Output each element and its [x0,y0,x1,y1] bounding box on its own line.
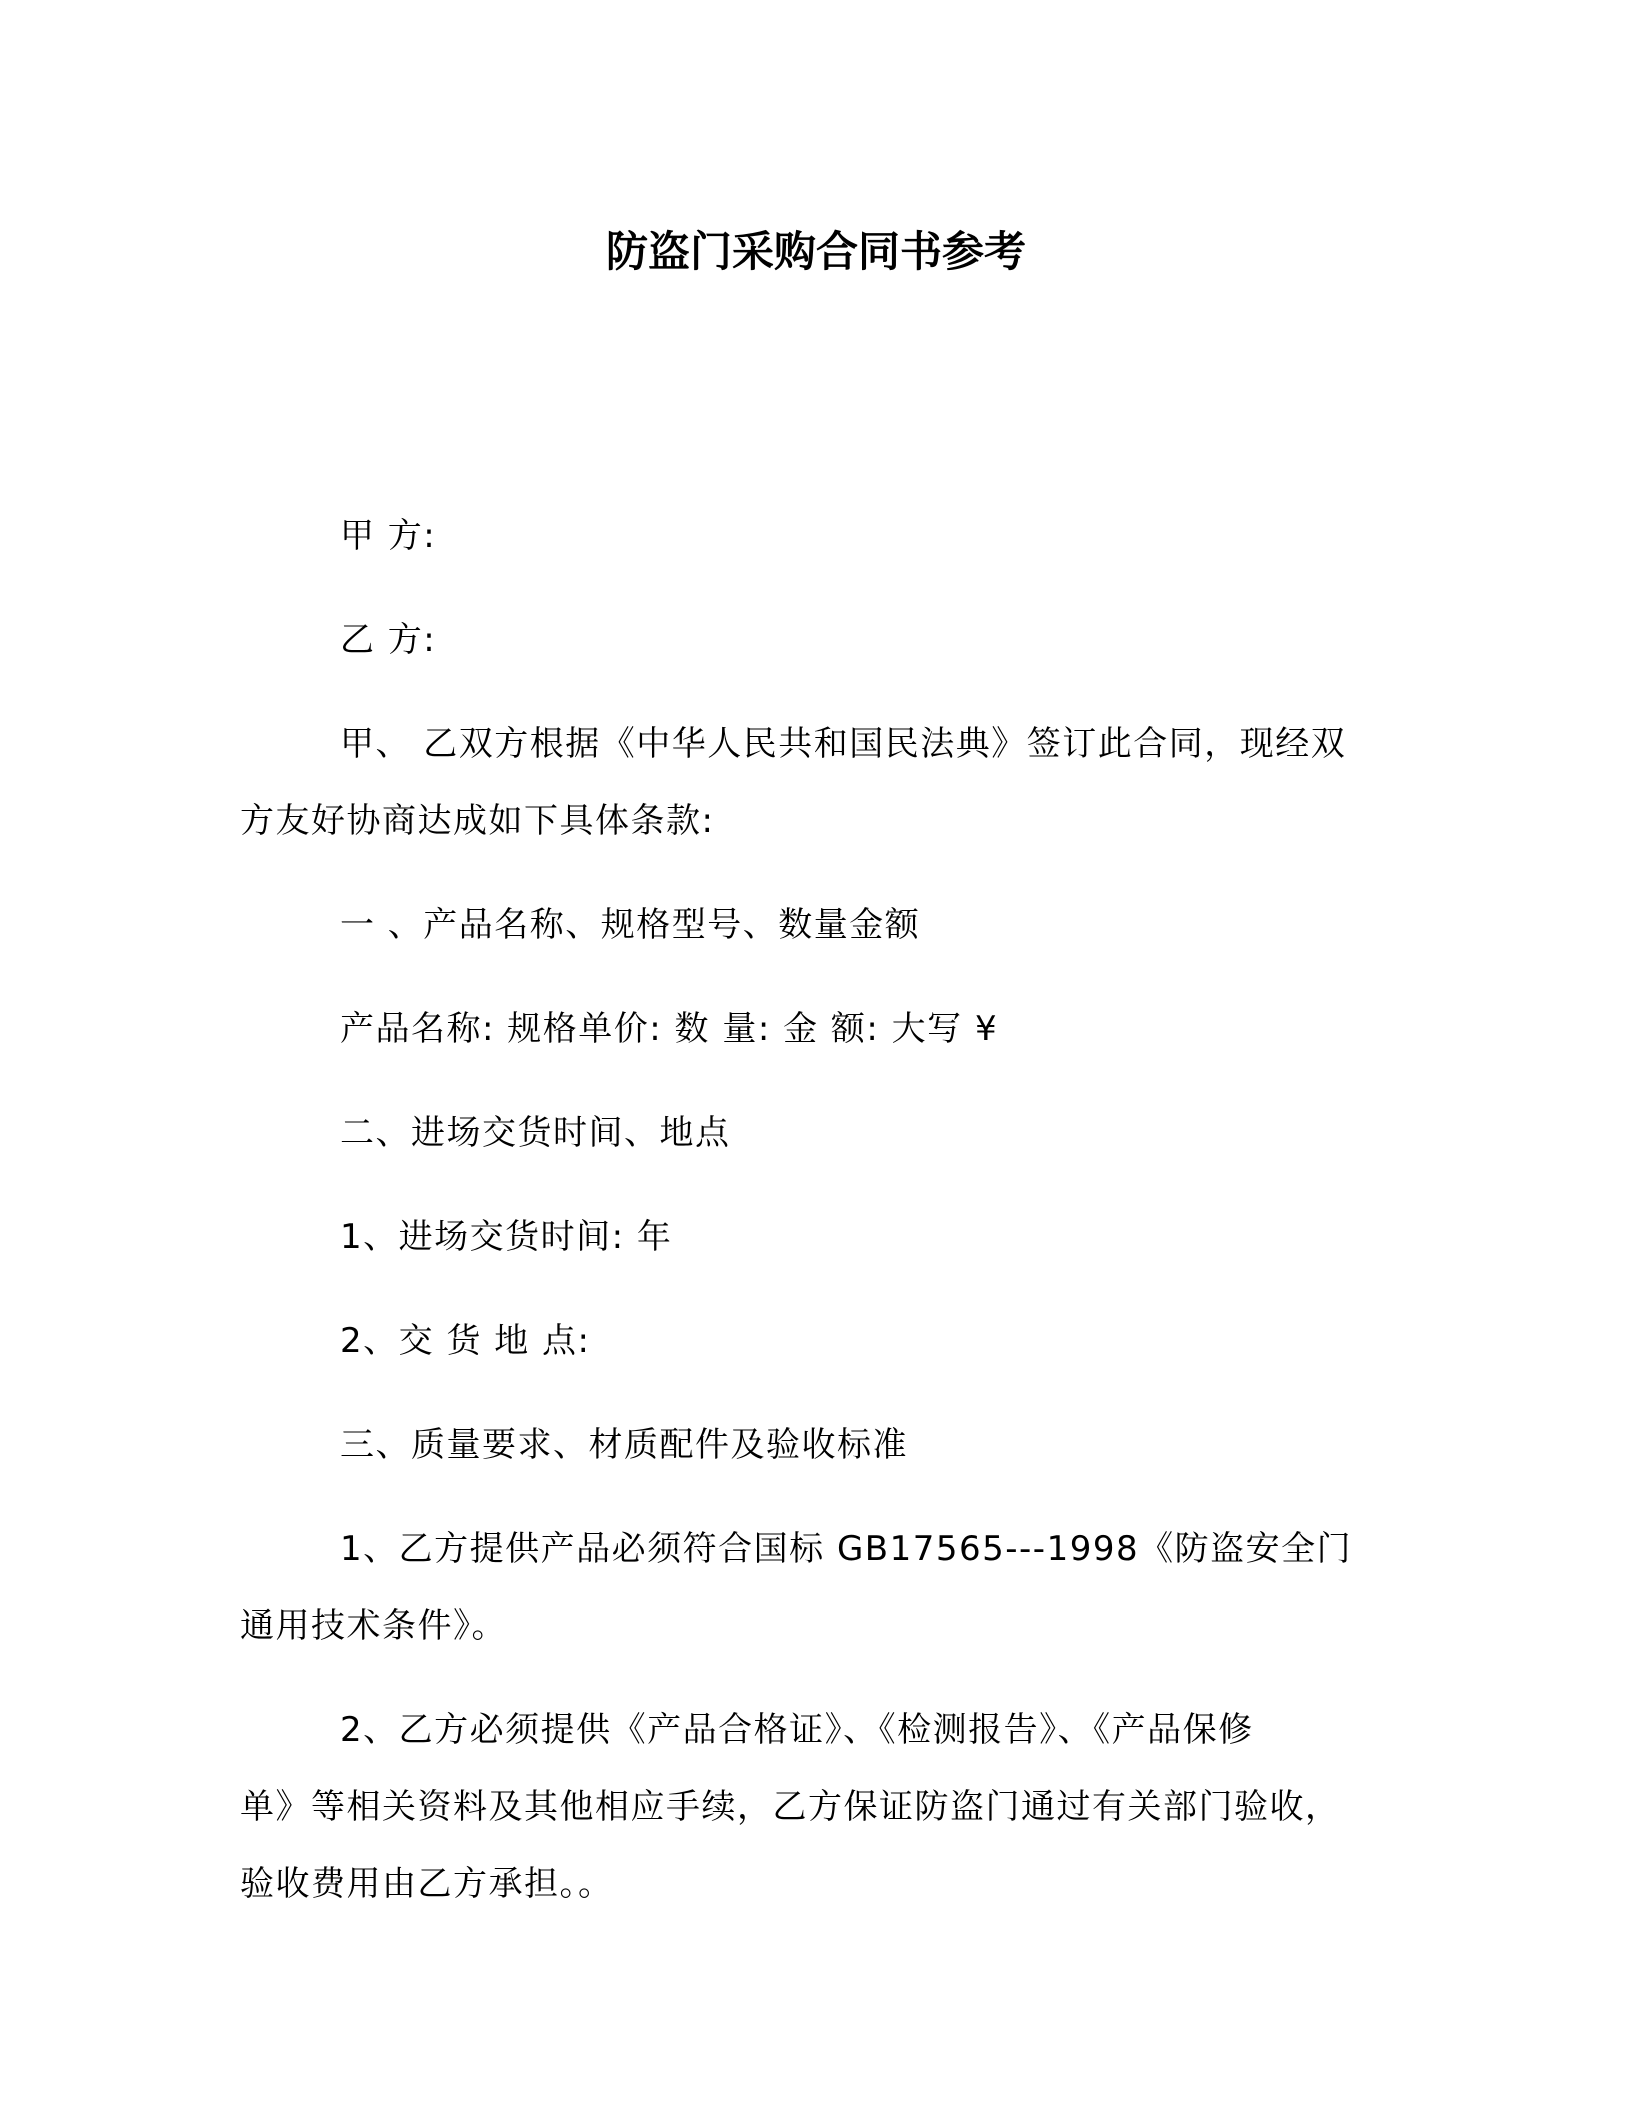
section-2-item-2-text: 2、交 货 地 点: [240,1303,1392,1380]
party-b-label: 乙 方: [240,602,1392,679]
preamble-line-1: 甲、 乙双方根据《中华人民共和国民法典》签订此合同，现经双 [240,706,1392,783]
section-2-heading: 二、进场交货时间、地点 [240,1095,1392,1172]
party-a-line: 甲 方: [240,498,1392,575]
party-a-label: 甲 方: [240,498,1392,575]
preamble-paragraph: 甲、 乙双方根据《中华人民共和国民法典》签订此合同，现经双 方友好协商达成如下具… [240,706,1392,860]
section-3-heading: 三、质量要求、材质配件及验收标准 [240,1407,1392,1484]
section-3-item-2: 2、乙方必须提供《产品合格证》、《检测报告》、《产品保修 单》等相关资料及其他相… [240,1692,1392,1923]
preamble-line-2: 方友好协商达成如下具体条款: [240,783,1392,860]
section-3-item-2-line-3: 验收费用由乙方承担。。 [240,1846,1392,1923]
section-2-item-1: 1、进场交货时间: 年 [240,1199,1392,1276]
section-3-item-1-line-1: 1、乙方提供产品必须符合国标 GB17565---1998《防盗安全门 [240,1511,1392,1588]
section-1-fields-text: 产品名称: 规格单价: 数 量: 金 额: 大写 ¥ [240,991,1392,1068]
section-3-item-2-line-2: 单》等相关资料及其他相应手续，乙方保证防盗门通过有关部门验收， [240,1769,1392,1846]
document-page: 防盗门采购合同书参考 甲 方: 乙 方: 甲、 乙双方根据《中华人民共和国民法典… [0,0,1632,2112]
section-1-heading-text: 一 、产品名称、规格型号、数量金额 [240,887,1392,964]
section-2-heading-text: 二、进场交货时间、地点 [240,1095,1392,1172]
section-1-fields: 产品名称: 规格单价: 数 量: 金 额: 大写 ¥ [240,991,1392,1068]
section-3-heading-text: 三、质量要求、材质配件及验收标准 [240,1407,1392,1484]
document-body: 甲 方: 乙 方: 甲、 乙双方根据《中华人民共和国民法典》签订此合同，现经双 … [240,498,1392,1950]
section-1-heading: 一 、产品名称、规格型号、数量金额 [240,887,1392,964]
party-b-line: 乙 方: [240,602,1392,679]
section-3-item-2-line-1: 2、乙方必须提供《产品合格证》、《检测报告》、《产品保修 [240,1692,1392,1769]
section-2-item-1-text: 1、进场交货时间: 年 [240,1199,1392,1276]
section-2-item-2: 2、交 货 地 点: [240,1303,1392,1380]
section-3-item-1-line-2: 通用技术条件》。 [240,1588,1392,1665]
section-3-item-1: 1、乙方提供产品必须符合国标 GB17565---1998《防盗安全门 通用技术… [240,1511,1392,1665]
document-title: 防盗门采购合同书参考 [0,222,1632,282]
